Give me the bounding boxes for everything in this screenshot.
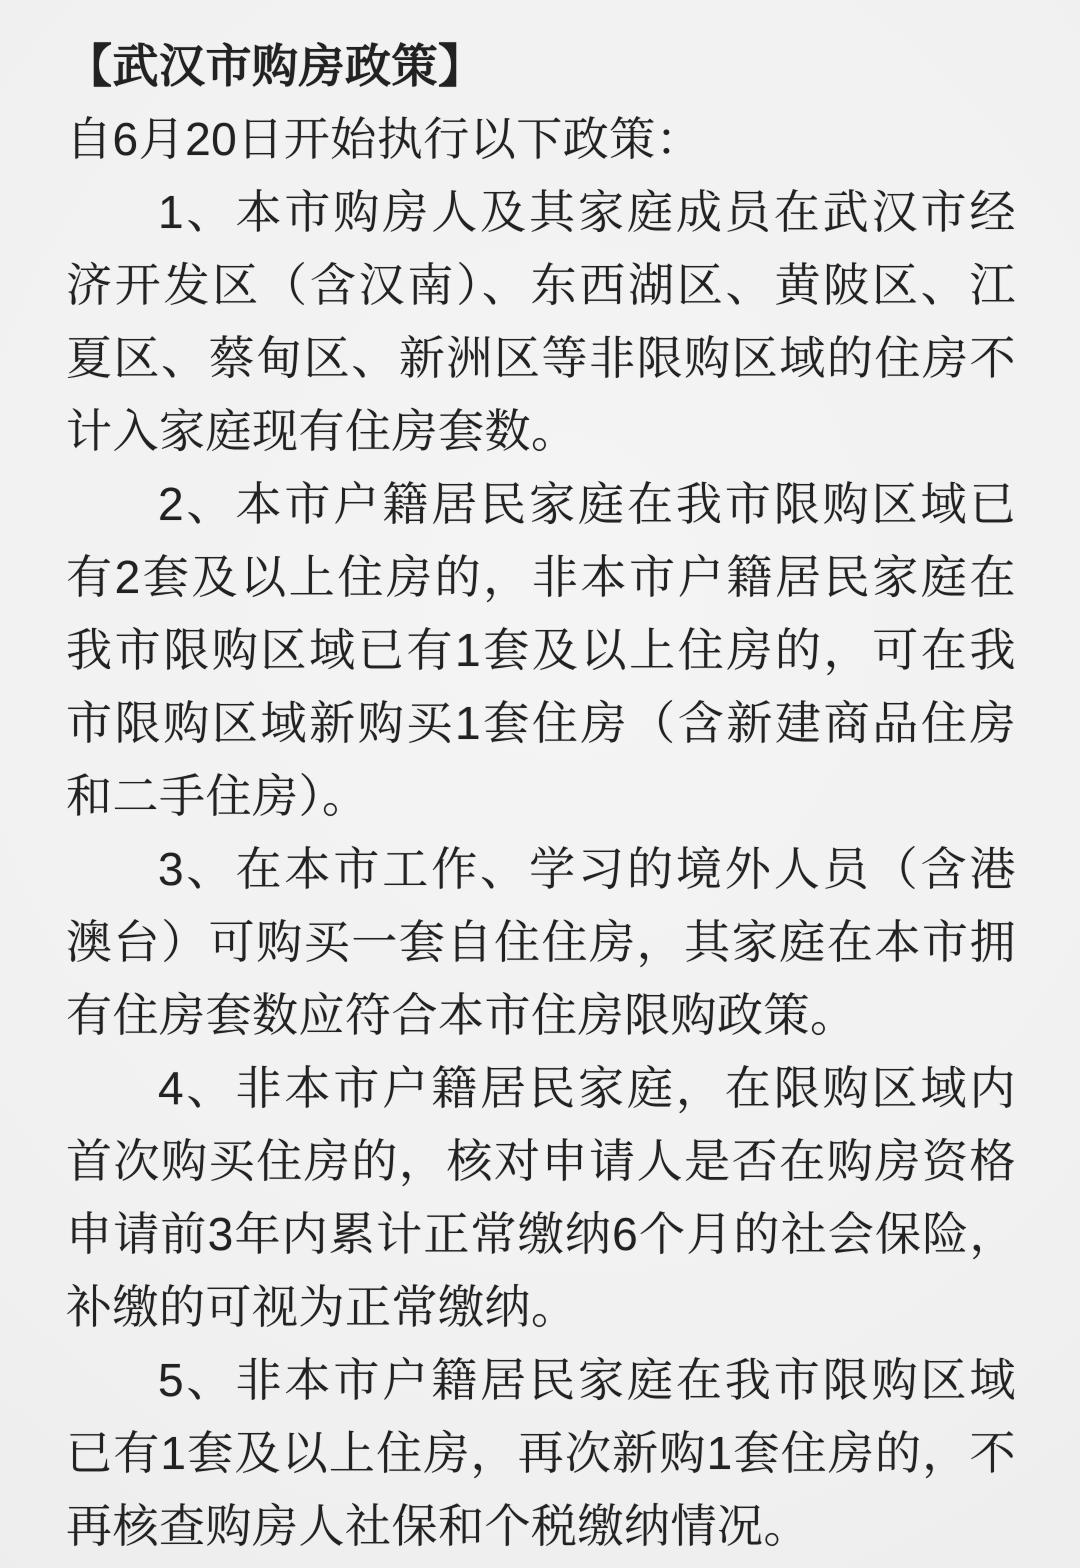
document-content: 【武汉市购房政策】 自6月20日开始执行以下政策： 1、本市购房人及其家庭成员在… bbox=[0, 0, 1080, 1568]
policy-paragraph: 2、本市户籍居民家庭在我市限购区域已有2套及以上住房的，非本市户籍居民家庭在我市… bbox=[66, 468, 1016, 833]
document-subtitle: 自6月20日开始执行以下政策： bbox=[66, 103, 1016, 176]
policy-paragraph: 1、本市购房人及其家庭成员在武汉市经济开发区（含汉南）、东西湖区、黄陂区、江夏区… bbox=[66, 176, 1016, 468]
policy-paragraph: 5、非本市户籍居民家庭在我市限购区域已有1套及以上住房，再次新购1套住房的，不再… bbox=[66, 1344, 1016, 1563]
document-title: 【武汉市购房政策】 bbox=[66, 30, 1016, 103]
policy-paragraph: 3、在本市工作、学习的境外人员（含港澳台）可购买一套自住住房，其家庭在本市拥有住… bbox=[66, 833, 1016, 1052]
policy-paragraph: 4、非本市户籍居民家庭，在限购区域内首次购买住房的，核对申请人是否在购房资格申请… bbox=[66, 1052, 1016, 1344]
policy-document-page: 【武汉市购房政策】 自6月20日开始执行以下政策： 1、本市购房人及其家庭成员在… bbox=[0, 0, 1080, 1568]
policy-paragraph-list: 1、本市购房人及其家庭成员在武汉市经济开发区（含汉南）、东西湖区、黄陂区、江夏区… bbox=[66, 176, 1016, 1563]
